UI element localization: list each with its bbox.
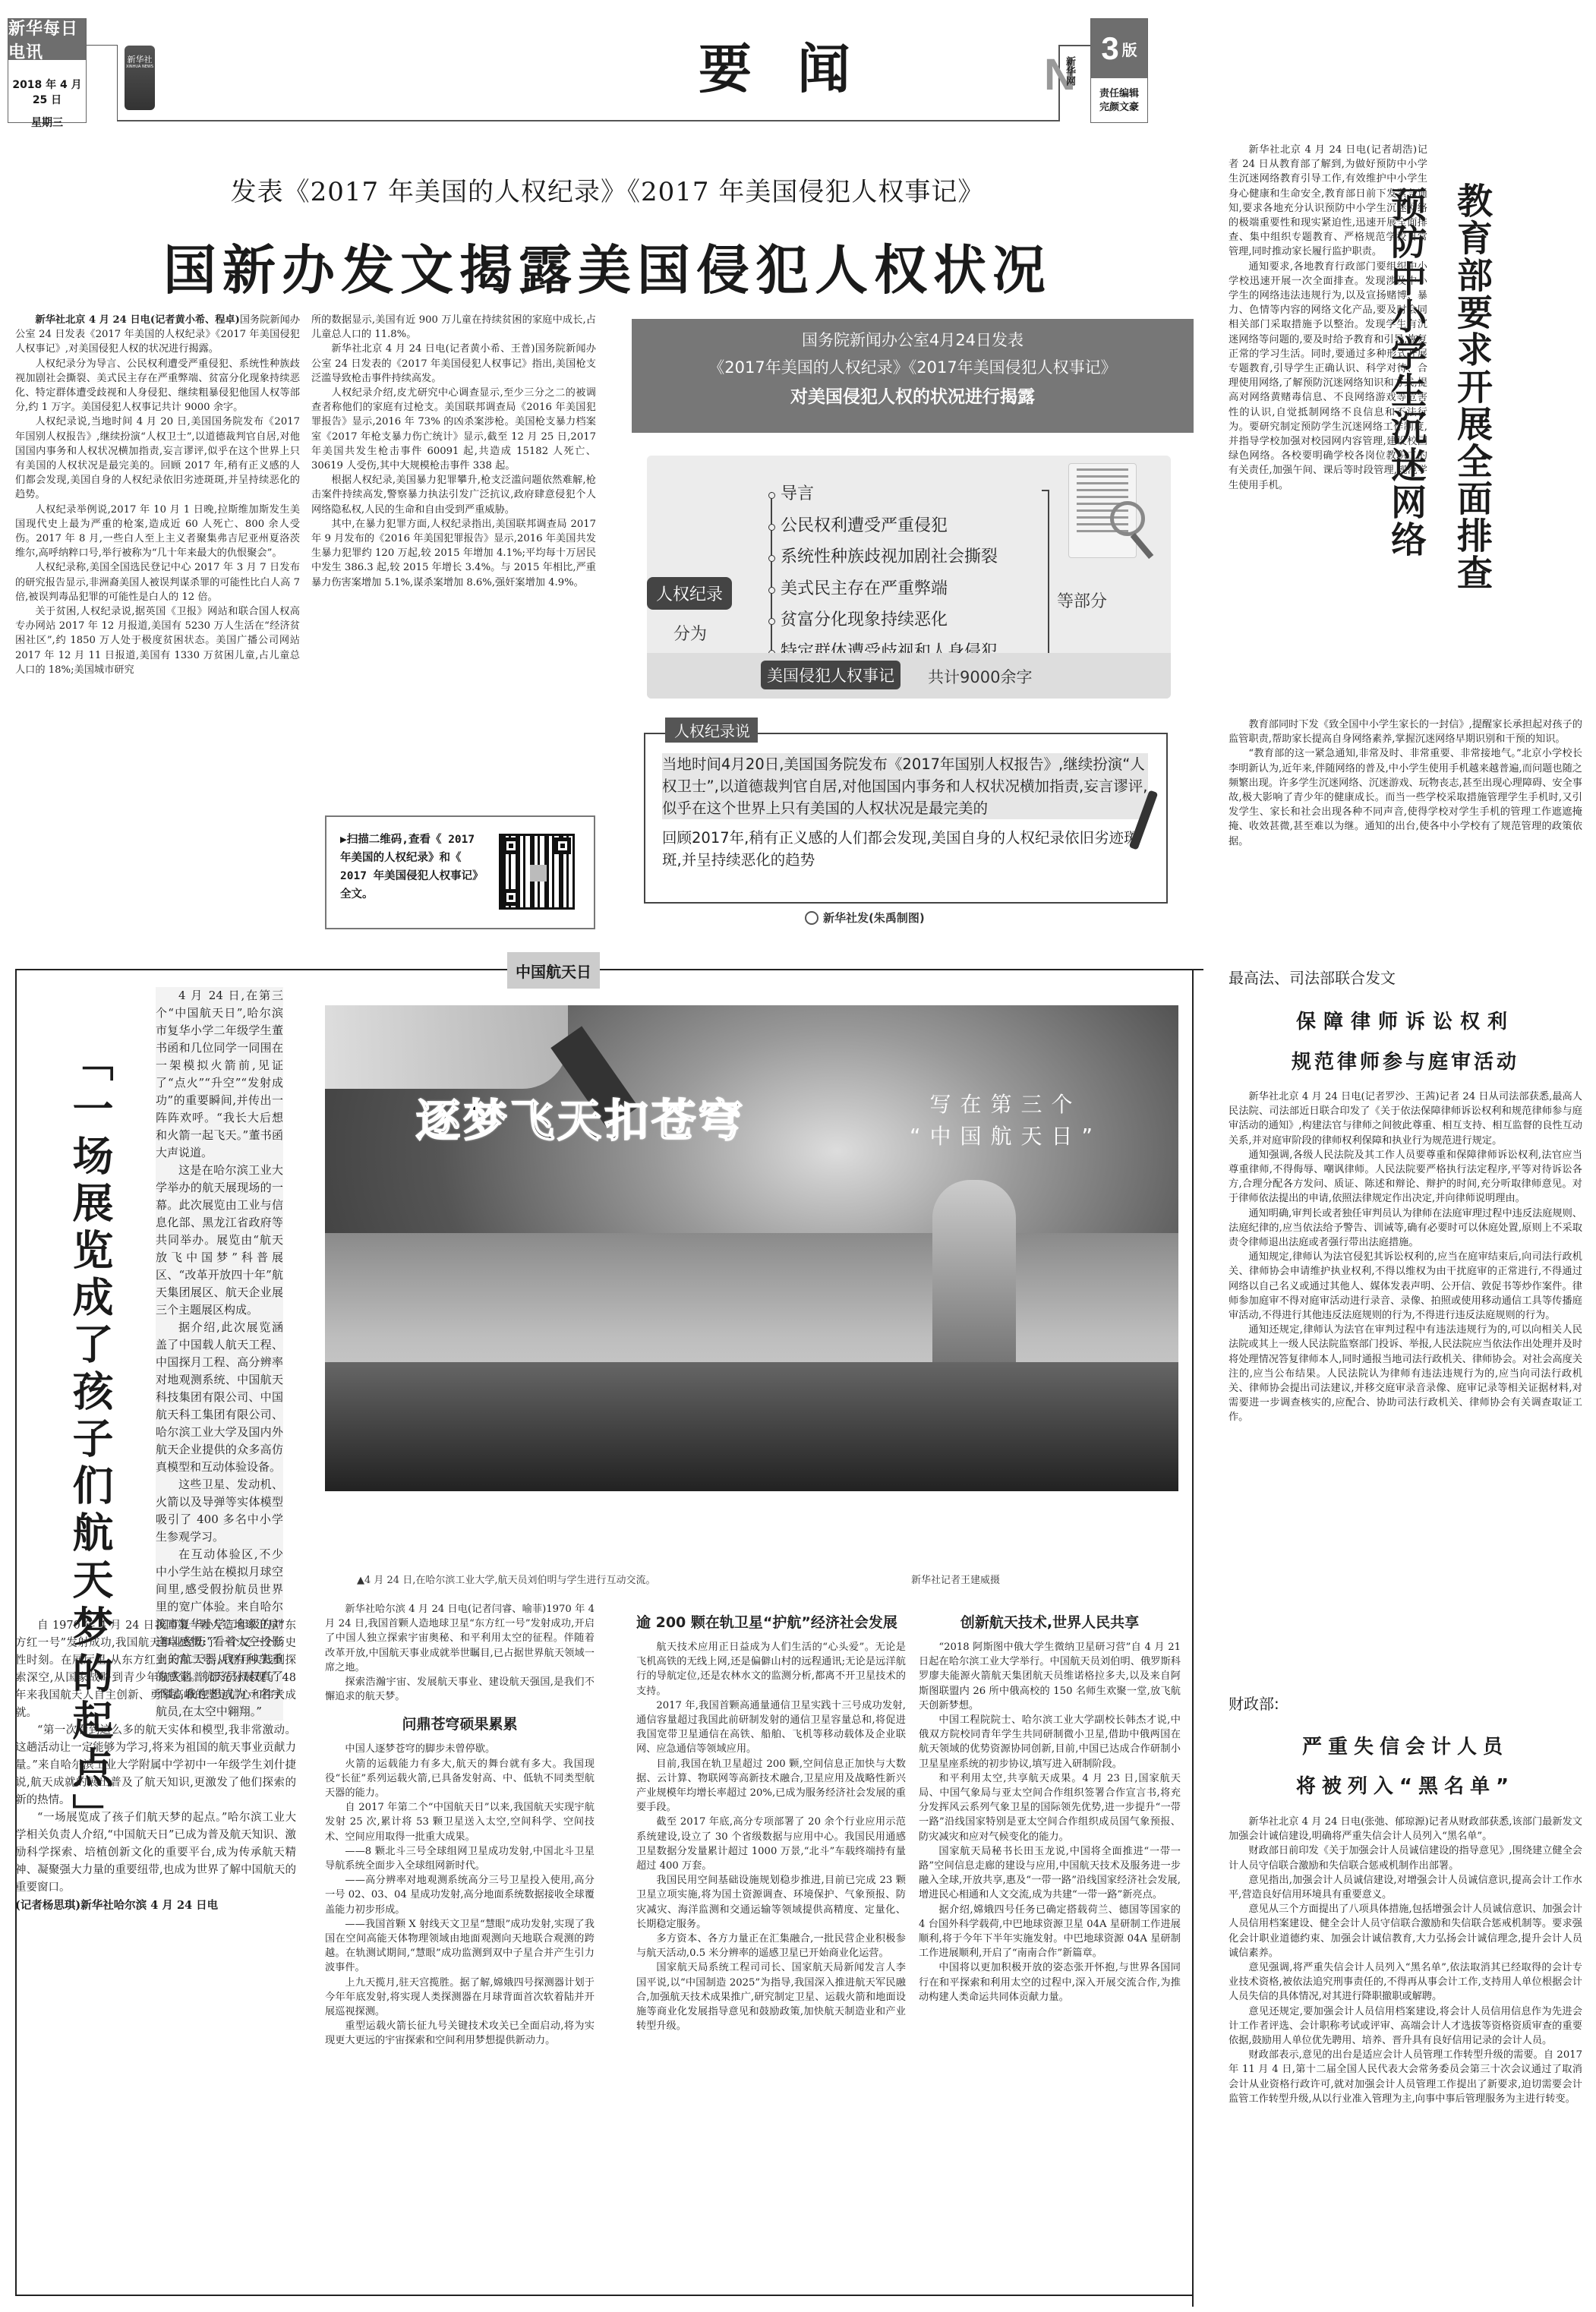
photo-title: 逐梦飞天扣苍穹 — [416, 1085, 746, 1149]
paragraph: 人权纪录称,美国全国选民登记中心 2017 年 3 月 7 日发布的研究报告显示… — [15, 560, 300, 604]
lead-kicker: 发表《2017 年美国的人权纪录》《2017 年美国侵犯人权事记》 — [0, 171, 1215, 208]
paragraph: 我国民用空间基础设施规划稳步推进,目前已完成 23 颗卫星立项实施,将为国土资源… — [636, 1873, 906, 1932]
paragraph: 据介绍,此次展览涵盖了中国载人航天工程、中国探月工程、高分辨率对地观测系统、中国… — [156, 1319, 283, 1476]
paragraph: 这是在哈尔滨工业大学举办的航天展现场的一幕。此次展览由工业与信息化部、黑龙江省政… — [156, 1162, 283, 1319]
paragraph: 截至 2017 年底,高分专项部署了 20 余个行业应用示范系统建设,设立了 3… — [636, 1815, 906, 1873]
lawyer-headline-1: 保障律师诉讼权利 — [1229, 1006, 1582, 1034]
paragraph: 新华社北京 4 月 24 日电(记者黄小希、王普)国务院新闻办公室 24 日发表… — [311, 342, 596, 386]
paragraph: 目前,我国在轨卫星超过 200 颗,空间信息正加快与大数据、云计算、物联网等高新… — [636, 1757, 906, 1815]
paragraph: 据介绍,嫦娥四号任务已确定搭载荷兰、德国等国家的 4 台国外科学载荷,中巴地球资… — [919, 1903, 1181, 1961]
infographic-header-line: 国务院新闻办公室4月24日发表 — [632, 328, 1194, 351]
paragraph: 新华社哈尔滨 4 月 24 日电(记者闫睿、喻菲)1970 年 4 月 24 日… — [325, 1602, 595, 1675]
feature-byline: (记者杨思琪)新华社哈尔滨 4 月 24 日电 — [15, 1897, 296, 1914]
subhead: 问鼎苍穹硕果累累 — [325, 1713, 595, 1736]
feature-col3: 创新航天技术,世界人民共享 “2018 阿斯图中俄大学生微纳卫星研习营”自 4 … — [919, 1602, 1181, 2004]
masthead-rule — [87, 45, 117, 46]
paragraph: 根据人权纪录,美国暴力犯罪攀升,枪支泛滥问题依然难解,枪击案件持续高发,警察暴力… — [311, 473, 596, 517]
paragraph: 教育部同时下发《致全国中小学生家长的一封信》,提醒家长承担起对孩子的监管职责,帮… — [1229, 718, 1582, 746]
subhead: 逾 200 颗在轨卫星“护航”经济社会发展 — [636, 1611, 906, 1634]
paragraph: 意见指出,加强会计人员诚信建设,对增强会计人员诚信意识,提高会计工作水平,营造良… — [1229, 1873, 1582, 1902]
magnifier-icon — [1110, 501, 1145, 536]
paragraph: 自 2017 年第二个“中国航天日”以来,我国航天实现宇航发射 25 次,累计将… — [325, 1800, 595, 1844]
paragraph: 中国工程院院士、哈尔滨工业大学副校长韩杰才说,中俄双方院校同青年学生共同研制微小… — [919, 1713, 1181, 1771]
quote-box-body: 当地时间4月20日,美国国务院发布《2017年国别人权报告》,继续扮演“人权卫士… — [662, 753, 1148, 871]
feature-col1: 新华社哈尔滨 4 月 24 日电(记者闫睿、喻菲)1970 年 4 月 24 日… — [325, 1602, 595, 2049]
quote-para: 回顾2017年,稍有正义感的人们都会发现,美国自身的人权纪录依旧劣迹斑斑,并呈持… — [662, 827, 1148, 871]
paragraph: 火箭的运载能力有多大,航天的舞台就有多大。我国现役“长征”系列运载火箭,已具备发… — [325, 1757, 595, 1801]
finance-headline-1: 严重失信会计人员 — [1229, 1731, 1582, 1759]
paragraph: “一场展览成了孩子们航天梦的起点。”哈尔滨工业大学相关负责人介绍,“中国航天日”… — [15, 1809, 296, 1897]
crowd-image — [325, 1362, 1178, 1491]
qr-finder — [503, 889, 519, 906]
paragraph: 通知要求,各地教育行政部门要组织中小学校迅速开展一次全面排查。发现涉及中小学生的… — [1229, 260, 1427, 493]
record-tag: 人权纪录 — [647, 577, 732, 610]
paragraph: “2018 阿斯图中俄大学生微纳卫星研习营”自 4 月 21 日起在哈尔滨工业大… — [919, 1640, 1181, 1713]
qr-code-icon[interactable] — [499, 834, 575, 910]
infographic: 国务院新闻办公室4月24日发表 《2017年美国的人权纪录》《2017年美国侵犯… — [632, 319, 1194, 706]
paragraph: ——高分辨率对地观测系统高分三号卫星投入使用,高分一号 02、03、04 星成功… — [325, 1873, 595, 1917]
photo-subtitle-line: “中国航天日” — [910, 1121, 1102, 1153]
photo-subtitle: 写在第三个 “中国航天日” — [910, 1089, 1102, 1153]
news-logo-text: 新华网 — [1062, 56, 1077, 86]
feature-border — [1192, 969, 1194, 2307]
paragraph: 4 月 24 日,在第三个“中国航天日”,哈尔滨市复华小学二年级学生董书函和几位… — [156, 987, 283, 1162]
graphic-credit: 新华社发(朱禹制图) — [805, 910, 925, 926]
qr-instruction: ▶扫描二维码,查看《 2017 年美国的人权纪录》和《 2017 年美国侵犯人权… — [340, 831, 481, 904]
page-number-box: 3 版 责任编辑 完颜文豪 — [1090, 18, 1148, 123]
xinhua-logo-text: 新华社 — [128, 55, 153, 65]
section-item: 系统性种族歧视加剧社会撕裂 — [768, 541, 998, 573]
paragraph: 重型运载火箭长征九号关键技术攻关已全面启动,将为实现更大更远的宇宙探索和空间利用… — [325, 2019, 595, 2048]
lead-article-col2: 所的数据显示,美国有近 900 万儿童在持续贫困的家庭中成长,占儿童总人口的 1… — [311, 313, 596, 590]
section-item: 美式民主存在严重弊端 — [768, 573, 998, 605]
xinhua-seal-icon — [805, 911, 819, 925]
paragraph: 其中,在暴力犯罪方面,人权纪录指出,美国联邦调查局 2017 年 9 月发布的《… — [311, 517, 596, 590]
paragraph: “第一次看到这么多的航天实体和模型,我非常激动。这趟活动让一定能够为学习,将来为… — [15, 1722, 296, 1809]
section-item: 贫富分化现象持续恶化 — [768, 604, 998, 636]
photo-caption: ▲4 月 24 日,在哈尔滨工业大学,航天员刘伯明与学生进行互动交流。 — [357, 1572, 655, 1586]
editor-label: 责任编辑 — [1091, 87, 1147, 101]
section-title: 要闻 — [699, 27, 896, 103]
lead-dateline: 新华社北京 4 月 24 日电(记者黄小希、程卓) — [35, 314, 239, 326]
feature-border — [15, 2295, 1194, 2296]
photo-subtitle-line: 写在第三个 — [910, 1089, 1102, 1121]
editor-name: 完颜文豪 — [1091, 101, 1147, 115]
feature-lead-wide: 自 1970 年 4 月 24 日我国第一颗人造地球卫星“东方红一号”发射成功,… — [15, 1617, 296, 1914]
paragraph: 2017 年,我国首颗高通量通信卫星实践十三号成功发射,通信容量超过我国此前研制… — [636, 1699, 906, 1757]
page-unit: 版 — [1122, 38, 1137, 60]
paragraph: 通知明确,审判长或者独任审判员认为律师在法庭审理过程中违反法庭规则、法庭纪律的,… — [1229, 1206, 1582, 1251]
paragraph: 所的数据显示,美国有近 900 万儿童在持续贫困的家庭中成长,占儿童总人口的 1… — [311, 313, 596, 342]
quote-para: 当地时间4月20日,美国国务院发布《2017年国别人权报告》,继续扮演“人权卫士… — [662, 753, 1148, 819]
lead-article-col1: 新华社北京 4 月 24 日电(记者黄小希、程卓)国务院新闻办公室 24 日发表… — [15, 313, 300, 677]
paragraph: 多方资本、各方力量正在汇集融合,一批民营企业积极参与航天活动,0.5 米分辨率的… — [636, 1932, 906, 1960]
feature-section-tab: 中国航天日 — [507, 952, 600, 989]
paper-name: 新华每日电讯 — [8, 19, 86, 60]
lawyer-headline-2: 规范律师参与庭审活动 — [1229, 1046, 1582, 1074]
paragraph: 通知规定,律师认为法官侵犯其诉讼权利的,应当在庭审结束后,向司法行政机关、律师协… — [1229, 1250, 1582, 1323]
paragraph: 新华社北京 4 月 24 日电(张弛、郁琼源)记者从财政部获悉,该部门最新发文加… — [1229, 1815, 1582, 1844]
paragraph: “教育部的这一紧急通知,非常及时、非常重要、非常接地气。”北京小学校长李明新认为… — [1229, 746, 1582, 848]
page-number: 3 — [1101, 30, 1118, 67]
paragraph: 这些卫星、发动机、火箭以及导弹等实体模型吸引了 400 多名中小学生参观学习。 — [156, 1476, 283, 1546]
infographic-header-line: 《2017年美国的人权纪录》《2017年美国侵犯人权事记》 — [632, 355, 1194, 378]
record-tag-sub: 分为 — [673, 621, 707, 645]
issue-weekday: 星期三 — [8, 115, 86, 130]
photo-credit: 新华社记者王建威摄 — [911, 1572, 1000, 1586]
paragraph: 财政部表示,意见的出台是适应会计人员管理工作转型升级的需要。自 2017 年 1… — [1229, 2048, 1582, 2106]
paragraph: ——我国首颗 X 射线天文卫星“慧眼”成功发射,实现了我国在空间高能天体物理领域… — [325, 1917, 595, 1976]
section-item: 导言 — [768, 478, 998, 510]
masthead-rule — [117, 120, 1058, 121]
paragraph: 人权纪录介绍,皮尤研究中心调查显示,至少三分之二的被调查者称他们的家庭有过枪支。… — [311, 386, 596, 473]
edu-headline-main: 教育部要求开展全面排查 — [1446, 182, 1497, 591]
lawyer-article: 新华社北京 4 月 24 日电(记者罗沙、王茜)记者 24 日从司法部获悉,最高… — [1229, 1090, 1582, 1425]
paragraph: 关于贫困,人权纪录说,据英国《卫报》网站和联合国人权高专办网站 2017 年 1… — [15, 604, 300, 677]
masthead-paper-box: 新华每日电讯 2018 年 4 月 25 日 星期三 — [8, 18, 87, 123]
feature-photo: 逐梦飞天扣苍穹 写在第三个 “中国航天日” — [325, 1005, 1178, 1491]
paragraph: 国家航天局秘书长田玉龙说,中国将全面推进“一带一路”空间信息走廊的建设与应用,中… — [919, 1844, 1181, 1903]
subhead: 创新航天技术,世界人民共享 — [919, 1611, 1181, 1634]
paragraph: 人权纪录分为导言、公民权利遭受严重侵犯、系统性种族歧视加剧社会撕裂、美式民主存在… — [15, 357, 300, 415]
paragraph: 人权纪录说,当地时间 4 月 20 日,美国国务院发布《2017 年国别人权报告… — [15, 415, 300, 502]
paragraph: 中国人逐梦苍穹的脚步未曾停歇。 — [325, 1742, 595, 1756]
xinhuanet-news-logo-icon: N 新华网 — [1044, 53, 1090, 99]
finance-article: 新华社北京 4 月 24 日电(张弛、郁琼源)记者从财政部获悉,该部门最新发文加… — [1229, 1815, 1582, 2106]
feature-col2: 逾 200 颗在轨卫星“护航”经济社会发展 航天技术应用正日益成为人们生活的“心… — [636, 1602, 906, 2033]
paragraph: 通知强调,各级人民法院及其工作人员要尊重和保障律师诉讼权利,法官应当尊重律师,不… — [1229, 1148, 1582, 1206]
lawyer-kicker: 最高法、司法部联合发文 — [1229, 966, 1396, 988]
edu-article-narrow: 新华社北京 4 月 24 日电(记者胡浩)记者 24 日从教育部了解到,为做好预… — [1229, 143, 1427, 493]
paragraph: ——8 颗北斗三号全球组网卫星成功发射,中国北斗卫星导航系统全面步入全球组网新时… — [325, 1844, 595, 1873]
paragraph: 意见强调,将严重失信会计人员列入“黑名单”,依法取消其已经取得的会计专业技术资格… — [1229, 1960, 1582, 2004]
paragraph: 国家航天局系统工程司司长、国家航天局新闻发言人李国平说,以“中国制造 2025”… — [636, 1960, 906, 2033]
paragraph: 和平利用太空,共享航天成果。4 月 23 日,国家航天局、中国气象局与亚太空间合… — [919, 1771, 1181, 1844]
issue-date: 2018 年 4 月 25 日 — [8, 77, 86, 107]
quote-box-tag: 人权纪录说 — [665, 718, 758, 743]
paragraph: 意见还规定,要加强会计人员信用档案建设,将会计人员信用信息作为先进会计工作者评选… — [1229, 2004, 1582, 2049]
paragraph: 意见从三个方面提出了八项具体措施,包括增强会计人员诚信意识、加强会计人员信用档案… — [1229, 1902, 1582, 1960]
section-item: 公民权利遭受严重侵犯 — [768, 510, 998, 542]
xinhua-logo-icon: 新华社 XINHUA NEWS — [125, 46, 155, 110]
qr-finder — [554, 837, 571, 854]
chronicle-count: 共计9000余字 — [928, 665, 1032, 688]
paragraph: 新华社北京 4 月 24 日电(记者罗沙、王茜)记者 24 日从司法部获悉,最高… — [1229, 1090, 1582, 1148]
qr-center-logo — [530, 865, 547, 882]
xinhua-logo-en: XINHUA NEWS — [125, 65, 155, 69]
infographic-footer — [647, 653, 1171, 699]
paragraph: 上九天揽月,驻天宫揽胜。据了解,嫦娥四号探测器计划于今年年底发射,将实现人类探测… — [325, 1976, 595, 2020]
paragraph: 中国将以更加积极开放的姿态张开怀抱,与世界各国同行在和平探索和利用太空的过程中,… — [919, 1960, 1181, 2004]
infographic-header-line: 对美国侵犯人权的状况进行揭露 — [632, 383, 1194, 408]
finance-headline-2: 将被列入“黑名单” — [1229, 1771, 1582, 1799]
edu-article-wide: 教育部同时下发《致全国中小学生家长的一封信》,提醒家长承担起对孩子的监管职责,帮… — [1229, 718, 1582, 849]
paragraph: 财政部日前印发《关于加强会计人员诚信建设的指导意见》,围绕建立健全会计人员守信联… — [1229, 1844, 1582, 1872]
paragraph: 通知还规定,律师认为法官在审判过程中有违法违规行为的,可以向相关人民法院或其上一… — [1229, 1323, 1582, 1424]
space-station-image — [325, 1005, 568, 1089]
suffix-label: 等部分 — [1057, 588, 1107, 612]
paragraph: 探索浩瀚宇宙、发展航天事业、建设航天强国,是我们不懈追求的航天梦。 — [325, 1675, 595, 1704]
lead-headline: 国新办发文揭露美国侵犯人权状况 — [0, 228, 1215, 304]
qr-finder — [503, 837, 519, 854]
paragraph: 新华社北京 4 月 24 日电(记者胡浩)记者 24 日从教育部了解到,为做好预… — [1229, 143, 1427, 260]
feature-border — [15, 969, 1203, 970]
infographic-header: 国务院新闻办公室4月24日发表 《2017年美国的人权纪录》《2017年美国侵犯… — [632, 319, 1194, 433]
credit-text: 新华社发(朱禹制图) — [823, 910, 925, 926]
paragraph: 航天技术应用正日益成为人们生活的“心头爱”。无论是飞机高铁的无线上网,还是偏僻山… — [636, 1640, 906, 1699]
paragraph: 自 1970 年 4 月 24 日我国第一颗人造地球卫星“东方红一号”发射成功,… — [15, 1617, 296, 1722]
finance-kicker: 财政部: — [1229, 1692, 1279, 1714]
feature-lead-narrow: 4 月 24 日,在第三个“中国航天日”,哈尔滨市复华小学二年级学生董书函和几位… — [156, 987, 283, 1721]
masthead-rule — [1058, 45, 1090, 46]
paragraph: 人权纪录举例说,2017 年 10 月 1 日晚,拉斯维加斯发生美国现代史上最为… — [15, 503, 300, 561]
masthead-rule — [117, 45, 118, 121]
chronicle-tag: 美国侵犯人权事记 — [761, 661, 901, 689]
